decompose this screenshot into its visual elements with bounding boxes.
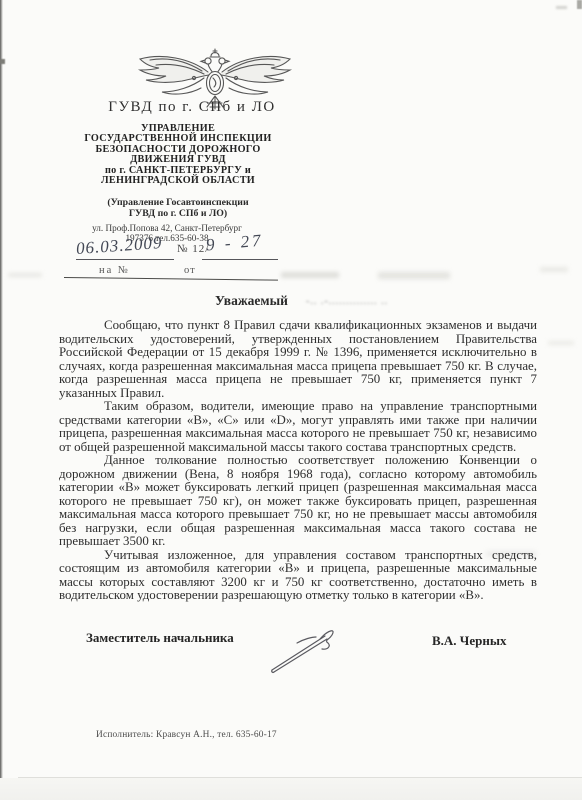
body-paragraph: Таким образом, водители, имеющие право н… [59,400,537,454]
reply-reference-line [64,277,278,281]
scan-smudge [281,272,339,278]
date-underline [76,259,174,260]
scan-smudge [8,273,42,277]
scan-corner-mark [577,0,582,9]
handwritten-number: 9 - 27 [205,231,264,256]
scan-smudge [378,272,450,279]
scan-dash-mark [556,6,567,9]
department-name-block: УПРАВЛЕНИЕ ГОСУДАРСТВЕННОЙ ИНСПЕКЦИИ БЕЗ… [28,124,328,186]
salutation-prefix: Уважаемый [215,293,288,309]
org-short-title: ГУВД по г. СПб и ЛО [60,99,324,116]
alt-org-line: ГУВД по г. СПб и ЛО) [28,208,328,219]
body-paragraph: Сообщаю, что пункт 8 Правил сдачи квалиф… [59,319,537,400]
reply-from-date-label: от [184,265,196,276]
scanned-letter-page: ГУВД по г. СПб и ЛО УПРАВЛЕНИЕ ГОСУДАРСТ… [0,0,582,800]
signer-title: Заместитель начальника [86,630,234,646]
reply-to-number-label: на № [99,265,130,276]
body-paragraph: Данное толкование полностью соответствуе… [59,454,537,549]
number-underline [202,259,278,260]
scan-edge-bottom-band [0,778,582,800]
scan-smudge [540,267,568,272]
executor-footer: Исполнитель: Кравсун А.Н., тел. 635-60-1… [96,730,277,740]
letter-body: Сообщаю, что пункт 8 Правил сдачи квалиф… [59,319,537,603]
scan-smudge [548,341,574,345]
scan-left-mark [0,59,5,64]
alt-org-name-block: (Управление Госавтоинспекции ГУВД по г. … [28,197,328,219]
signer-name: В.А. Черных [432,633,507,649]
typed-outgoing-number: № 12/ [177,243,209,255]
handwritten-signature [258,622,342,682]
body-paragraph: Учитывая изложенное, для управления сост… [59,549,537,603]
salutation-addressee-redacted: -.. .-.............. .. [306,296,396,307]
department-line: ЛЕНИНГРАДСКОЙ ОБЛАСТИ [28,176,328,186]
scan-edge-left [0,0,3,800]
alt-org-line: (Управление Госавтоинспекции [28,197,328,208]
